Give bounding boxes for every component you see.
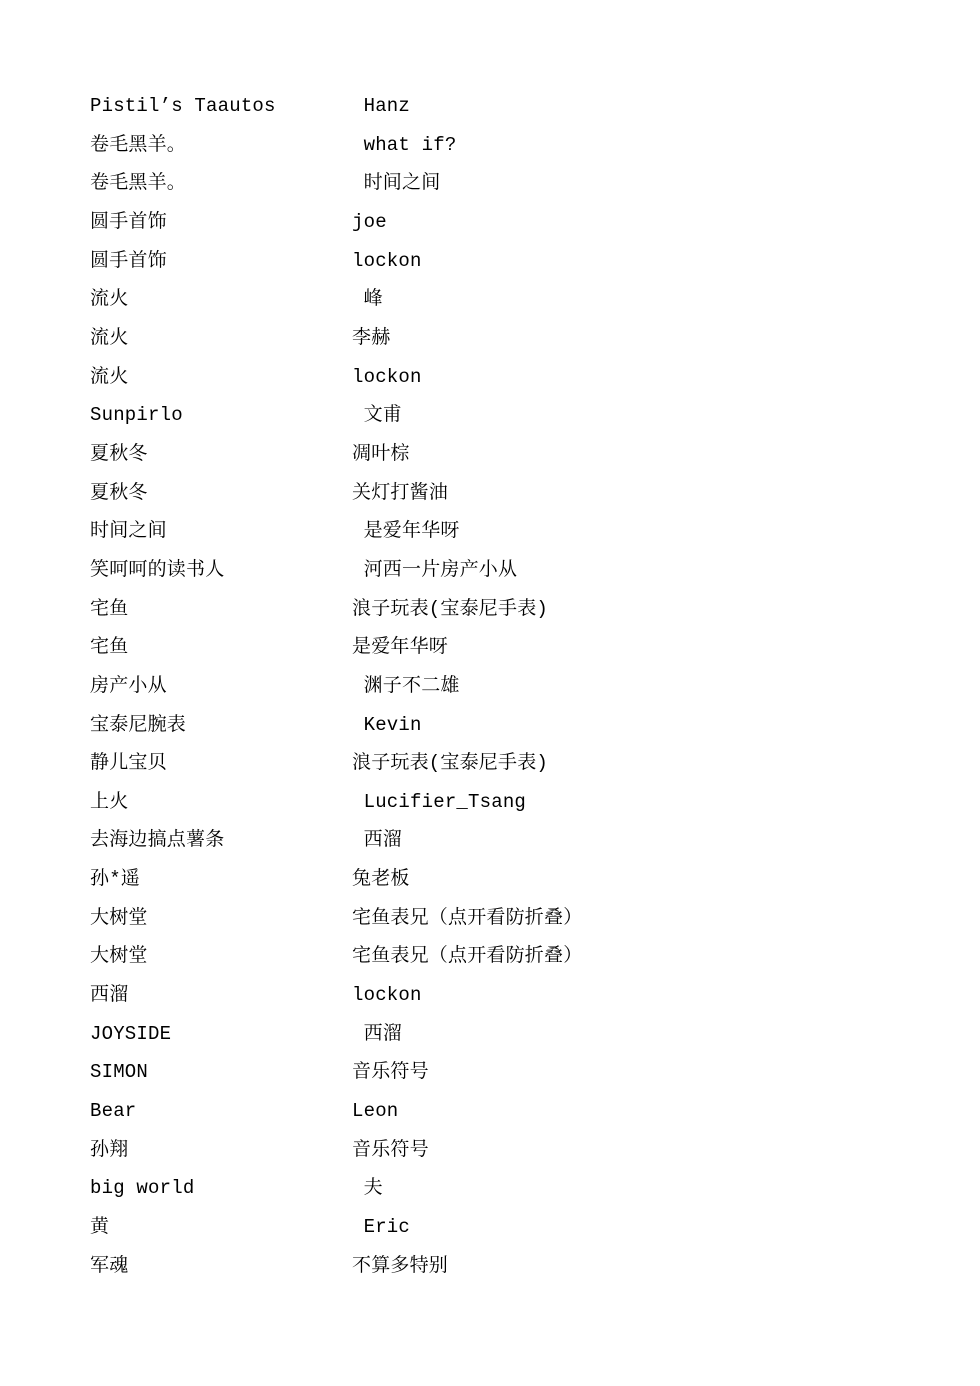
right-name: 渊子不二雄 [352,674,582,699]
list-item: 西溜 lockon [90,983,582,1022]
list-item: 孙翔 音乐符号 [90,1138,582,1177]
left-name: Pistil’s Taautos [90,94,352,119]
right-name: 浪子玩表(宝泰尼手表) [352,751,582,776]
right-name: lockon [352,365,582,390]
list-item: 宝泰尼腕表 Kevin [90,713,582,752]
left-name: 宅鱼 [90,597,352,622]
left-name: 卷毛黑羊。 [90,133,352,158]
list-item: 卷毛黑羊。 时间之间 [90,171,582,210]
left-name: 军魂 [90,1254,352,1279]
left-name: 卷毛黑羊。 [90,171,352,196]
right-name: 夫 [352,1176,582,1201]
left-name: 大树堂 [90,944,352,969]
list-item: 静儿宝贝 浪子玩表(宝泰尼手表) [90,751,582,790]
list-item: Pistil’s Taautos Hanz [90,94,582,133]
list-item: 房产小从 渊子不二雄 [90,674,582,713]
right-name: 峰 [352,287,582,312]
list-item: Bear Leon [90,1099,582,1138]
right-name: 宅鱼表兄（点开看防折叠） [352,906,582,931]
right-name: 是爱年华呀 [352,635,582,660]
right-name: Lucifier_Tsang [352,790,582,815]
right-name: 音乐符号 [352,1138,582,1163]
right-name: lockon [352,983,582,1008]
list-item: 夏秋冬 凋叶棕 [90,442,582,481]
right-name: 西溜 [352,828,582,853]
left-name: 孙*遥 [90,867,352,892]
left-name: 流火 [90,326,352,351]
right-name: 兔老板 [352,867,582,892]
list-item: 笑呵呵的读书人 河西一片房产小从 [90,558,582,597]
right-name: joe [352,210,582,235]
right-name: Kevin [352,713,582,738]
left-name: big world [90,1176,352,1201]
list-item: 上火 Lucifier_Tsang [90,790,582,829]
left-name: 圆手首饰 [90,210,352,235]
left-name: 夏秋冬 [90,442,352,467]
list-item: 军魂 不算多特别 [90,1254,582,1293]
list-item: 时间之间 是爱年华呀 [90,519,582,558]
left-name: 西溜 [90,983,352,1008]
list-item: Sunpirlo 文甫 [90,403,582,442]
name-pair-list: Pistil’s Taautos Hanz 卷毛黑羊。 what if? 卷毛黑… [90,94,582,1292]
left-name: 上火 [90,790,352,815]
right-name: 宅鱼表兄（点开看防折叠） [352,944,582,969]
list-item: 宅鱼 是爱年华呀 [90,635,582,674]
right-name: 凋叶棕 [352,442,582,467]
left-name: 大树堂 [90,906,352,931]
right-name: Hanz [352,94,582,119]
left-name: 夏秋冬 [90,481,352,506]
left-name: JOYSIDE [90,1022,352,1047]
list-item: 流火 lockon [90,365,582,404]
right-name: 文甫 [352,403,582,428]
left-name: Sunpirlo [90,403,352,428]
list-item: 大树堂 宅鱼表兄（点开看防折叠） [90,906,582,945]
left-name: 流火 [90,287,352,312]
right-name: Leon [352,1099,582,1124]
list-item: 流火 峰 [90,287,582,326]
list-item: SIMON 音乐符号 [90,1060,582,1099]
right-name: lockon [352,249,582,274]
right-name: 是爱年华呀 [352,519,582,544]
left-name: Bear [90,1099,352,1124]
left-name: 宝泰尼腕表 [90,713,352,738]
left-name: 房产小从 [90,674,352,699]
left-name: 时间之间 [90,519,352,544]
list-item: 流火 李赫 [90,326,582,365]
list-item: 黄 Eric [90,1215,582,1254]
list-item: 圆手首饰 joe [90,210,582,249]
right-name: 河西一片房产小从 [352,558,582,583]
right-name: what if? [352,133,582,158]
list-item: big world 夫 [90,1176,582,1215]
list-item: 宅鱼 浪子玩表(宝泰尼手表) [90,597,582,636]
right-name: Eric [352,1215,582,1240]
left-name: 流火 [90,365,352,390]
left-name: 笑呵呵的读书人 [90,558,352,583]
left-name: 圆手首饰 [90,249,352,274]
right-name: 不算多特别 [352,1254,582,1279]
list-item: 大树堂 宅鱼表兄（点开看防折叠） [90,944,582,983]
left-name: 去海边搞点薯条 [90,828,352,853]
list-item: JOYSIDE 西溜 [90,1022,582,1061]
left-name: 宅鱼 [90,635,352,660]
right-name: 时间之间 [352,171,582,196]
left-name: 静儿宝贝 [90,751,352,776]
list-item: 孙*遥 兔老板 [90,867,582,906]
list-item: 圆手首饰 lockon [90,249,582,288]
right-name: 音乐符号 [352,1060,582,1085]
left-name: 孙翔 [90,1138,352,1163]
right-name: 浪子玩表(宝泰尼手表) [352,597,582,622]
right-name: 李赫 [352,326,582,351]
left-name: 黄 [90,1215,352,1240]
list-item: 夏秋冬 关灯打酱油 [90,481,582,520]
right-name: 关灯打酱油 [352,481,582,506]
list-item: 卷毛黑羊。 what if? [90,133,582,172]
document-page: Pistil’s Taautos Hanz 卷毛黑羊。 what if? 卷毛黑… [0,0,980,1386]
list-item: 去海边搞点薯条 西溜 [90,828,582,867]
right-name: 西溜 [352,1022,582,1047]
left-name: SIMON [90,1060,352,1085]
